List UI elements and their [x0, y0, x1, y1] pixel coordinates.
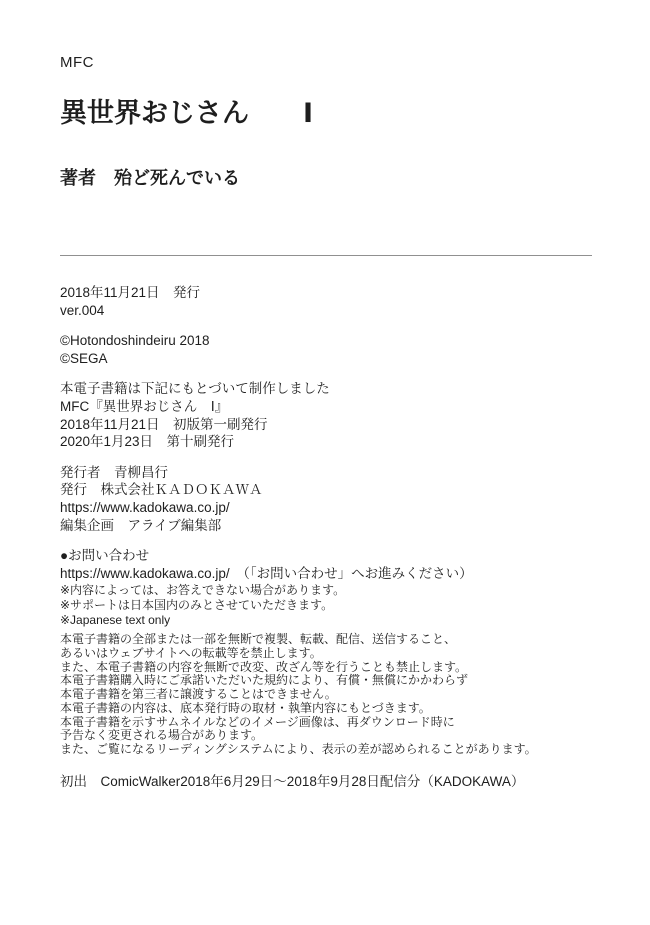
- contact-heading: ●お問い合わせ: [60, 547, 592, 565]
- author-line: 著者 殆ど死んでいる: [60, 168, 592, 189]
- contact-note-line: ※内容によっては、お答えできない場合があります。: [60, 583, 592, 598]
- publisher-block: 発行者 青柳昌行 発行 株式会社ＫＡＤＯＫＡＷＡ https://www.kad…: [60, 464, 592, 534]
- source-edition-block: 本電子書籍は下記にもとづいて制作しました MFC『異世界おじさん Ⅰ』 2018…: [60, 380, 592, 450]
- legal-line: 予告なく変更される場合があります。: [60, 729, 592, 743]
- first-print-line: 2018年11月21日 初版第一刷発行: [60, 416, 592, 434]
- contact-note-line: ※サポートは日本国内のみとさせていただきます。: [60, 598, 592, 613]
- legal-line: また、ご覧になるリーディングシステムにより、表示の差が認められることがあります。: [60, 743, 592, 757]
- contact-notes: ※内容によっては、お答えできない場合があります。 ※サポートは日本国内のみとさせ…: [60, 583, 592, 628]
- contact-block: ●お問い合わせ https://www.kadokawa.co.jp/ （「お問…: [60, 547, 592, 628]
- copyright-sega-line: ©SEGA: [60, 350, 592, 368]
- tenth-print-line: 2020年1月23日 第十刷発行: [60, 433, 592, 451]
- copyright-block: ©Hotondoshindeiru 2018 ©SEGA: [60, 332, 592, 367]
- source-note-line: 本電子書籍は下記にもとづいて制作しました: [60, 380, 592, 398]
- book-title: 異世界おじさん Ⅰ: [60, 98, 592, 128]
- imprint-label: MFC: [60, 55, 592, 71]
- first-publication-block: 初出 ComicWalker2018年6月29日～2018年9月28日配信分（K…: [60, 773, 592, 791]
- issue-date-line: 2018年11月21日 発行: [60, 284, 592, 302]
- copyright-author-line: ©Hotondoshindeiru 2018: [60, 332, 592, 350]
- first-publication-line: 初出 ComicWalker2018年6月29日～2018年9月28日配信分（K…: [60, 773, 592, 791]
- editorial-line: 編集企画 アライブ編集部: [60, 517, 592, 535]
- legal-line: 本電子書籍の全部または一部を無断で複製、転載、配信、送信すること、: [60, 633, 592, 647]
- colophon-page: MFC 異世界おじさん Ⅰ 著者 殆ど死んでいる 2018年11月21日 発行 …: [0, 0, 650, 925]
- legal-block: 本電子書籍の全部または一部を無断で複製、転載、配信、送信すること、 あるいはウェ…: [60, 633, 592, 756]
- edition-block: 2018年11月21日 発行 ver.004: [60, 284, 592, 319]
- publisher-person-line: 発行者 青柳昌行: [60, 464, 592, 482]
- version-line: ver.004: [60, 302, 592, 320]
- divider: [60, 255, 592, 256]
- publication-info: 2018年11月21日 発行 ver.004 ©Hotondoshindeiru…: [60, 284, 592, 790]
- legal-line: 本電子書籍を第三者に譲渡することはできません。: [60, 688, 592, 702]
- legal-line: あるいはウェブサイトへの転載等を禁止します。: [60, 647, 592, 661]
- publisher-url-line: https://www.kadokawa.co.jp/: [60, 499, 592, 517]
- source-title-line: MFC『異世界おじさん Ⅰ』: [60, 398, 592, 416]
- contact-note-line: ※Japanese text only: [60, 613, 592, 628]
- legal-line: 本電子書籍の内容は、底本発行時の取材・執筆内容にもとづきます。: [60, 702, 592, 716]
- contact-url-line: https://www.kadokawa.co.jp/ （「お問い合わせ」へお進…: [60, 565, 592, 583]
- publisher-company-line: 発行 株式会社ＫＡＤＯＫＡＷＡ: [60, 481, 592, 499]
